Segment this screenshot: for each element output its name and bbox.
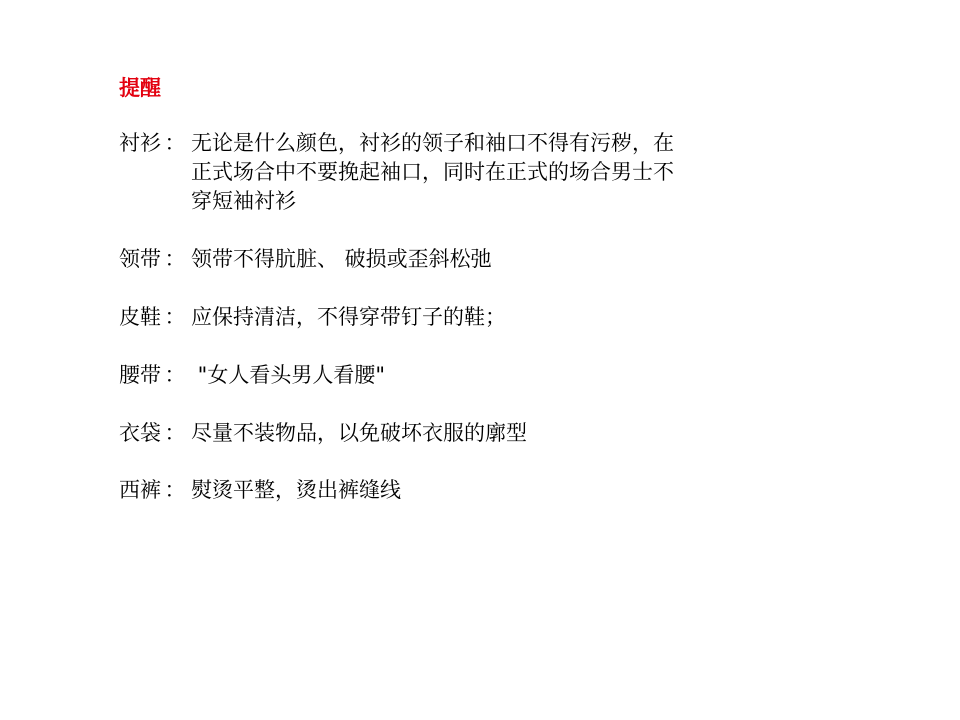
item-colon: ：	[161, 129, 189, 158]
slide-title: 提醒	[119, 74, 161, 102]
item-label: 皮鞋：	[119, 303, 191, 332]
item-label-text: 衣袋	[119, 421, 161, 445]
item-tie: 领带： 领带不得肮脏、 破损或歪斜松弛	[119, 245, 751, 274]
item-label-text: 衬衫	[119, 131, 161, 155]
item-colon: ：	[161, 419, 189, 448]
item-content: 领带不得肮脏、 破损或歪斜松弛	[191, 245, 751, 274]
item-content: "女人看头男人看腰"	[191, 361, 751, 390]
item-trousers: 西裤： 熨烫平整，烫出裤缝线	[119, 476, 751, 505]
item-label-text: 腰带	[119, 363, 161, 387]
item-colon: ：	[161, 245, 189, 274]
item-line: 应保持清洁，不得穿带钉子的鞋；	[191, 303, 751, 332]
item-line: "女人看头男人看腰"	[191, 361, 751, 390]
item-content: 熨烫平整，烫出裤缝线	[191, 476, 751, 505]
item-shoes: 皮鞋： 应保持清洁，不得穿带钉子的鞋；	[119, 303, 751, 332]
item-content: 无论是什么颜色，衬衫的领子和袖口不得有污秽，在 正式场合中不要挽起袖口，同时在正…	[191, 129, 751, 216]
item-colon: ：	[161, 476, 189, 505]
item-shirt: 衬衫： 无论是什么颜色，衬衫的领子和袖口不得有污秽，在 正式场合中不要挽起袖口，…	[119, 129, 751, 216]
item-label: 腰带：	[119, 361, 191, 390]
item-label-text: 领带	[119, 247, 161, 271]
item-label: 衬衫：	[119, 129, 191, 216]
item-label-text: 西裤	[119, 478, 161, 502]
item-content: 应保持清洁，不得穿带钉子的鞋；	[191, 303, 751, 332]
item-label: 西裤：	[119, 476, 191, 505]
item-line: 无论是什么颜色，衬衫的领子和袖口不得有污秽，在	[191, 129, 751, 158]
item-label: 领带：	[119, 245, 191, 274]
item-line: 穿短袖衬衫	[191, 187, 751, 216]
item-content: 尽量不装物品，以免破坏衣服的廓型	[191, 419, 751, 448]
item-colon: ：	[161, 303, 189, 332]
item-line: 尽量不装物品，以免破坏衣服的廓型	[191, 419, 751, 448]
item-line: 领带不得肮脏、 破损或歪斜松弛	[191, 245, 751, 274]
item-line: 正式场合中不要挽起袖口，同时在正式的场合男士不	[191, 158, 751, 187]
item-belt: 腰带： "女人看头男人看腰"	[119, 361, 751, 390]
item-line: 熨烫平整，烫出裤缝线	[191, 476, 751, 505]
item-label-text: 皮鞋	[119, 305, 161, 329]
item-colon: ：	[161, 361, 189, 390]
item-pockets: 衣袋： 尽量不装物品，以免破坏衣服的廓型	[119, 419, 751, 448]
item-label: 衣袋：	[119, 419, 191, 448]
